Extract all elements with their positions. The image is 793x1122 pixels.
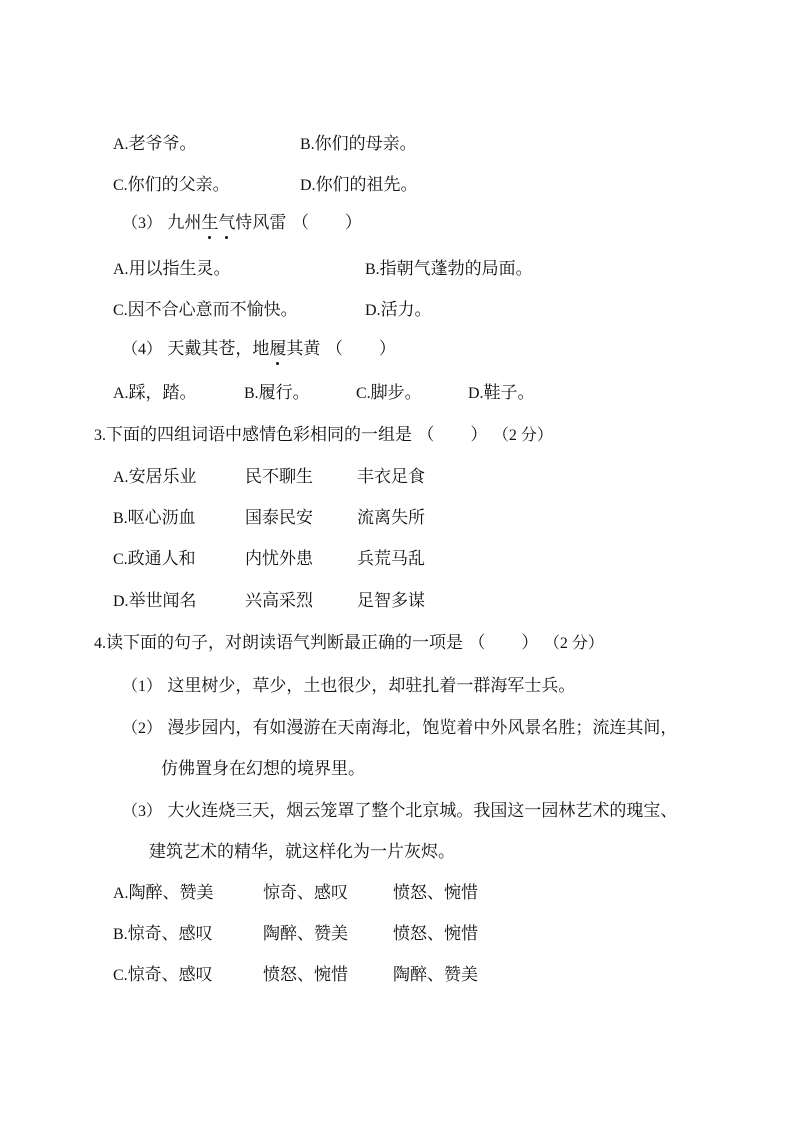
q3-option-b-word3: 流离失所 — [357, 507, 425, 529]
answer-blank: （） — [468, 632, 538, 654]
q2-sub3-option-a: A.用以指生灵。 — [113, 258, 231, 281]
q4-stem: 4.读下面的句子，对朗读语气判断最正确的一项是 （） （2 分） — [94, 632, 604, 655]
emphasis-dot-char: 生 — [201, 212, 218, 234]
q3-option-c-word2: 内忧外患 — [245, 548, 313, 570]
q2-sub4-stem: （4） 天戴其苍，地履其黄 （） — [122, 338, 396, 361]
q4-option-b-group3: 愤怒、惋惜 — [393, 923, 478, 945]
emphasis-dot-char: 气 — [218, 212, 235, 234]
q2-sub3-option-b: B.指朝气蓬勃的局面。 — [365, 258, 533, 281]
q4-sentence-2-cont: 仿佛置身在幻想的境界里。 — [161, 758, 365, 780]
q3-option-b-word2: 国泰民安 — [245, 507, 313, 529]
q2-sub3-option-c: C.因不合心意而不愉快。 — [113, 299, 298, 322]
q3-option-a: A.安居乐业 — [113, 466, 197, 489]
q4-option-a: A.陶醉、赞美 — [113, 882, 214, 905]
q2-sub4-option-c: C.脚步。 — [356, 382, 422, 405]
q2-sub2-option-a: A.老爷爷。 — [113, 133, 197, 156]
q3-option-c: C.政通人和 — [113, 548, 196, 571]
answer-blank: （） — [326, 338, 396, 360]
answer-blank: （） — [417, 424, 487, 446]
score-label: （2 分） — [544, 635, 604, 652]
q3-option-a-word3: 丰衣足食 — [357, 466, 425, 488]
q4-sentence-3-cont: 建筑艺术的精华，就这样化为一片灰烬。 — [149, 841, 455, 863]
q3-option-a-word2: 民不聊生 — [245, 466, 313, 488]
q3-option-d: D.举世闻名 — [113, 590, 197, 613]
q2-sub4-option-b: B.履行。 — [244, 382, 310, 405]
q3-option-d-word3: 足智多谋 — [357, 590, 425, 612]
q2-sub2-option-d: D.你们的祖先。 — [300, 174, 418, 197]
q4-option-a-group3: 愤怒、惋惜 — [393, 882, 478, 904]
q4-option-c-group3: 陶醉、赞美 — [393, 964, 478, 986]
score-label: （2 分） — [493, 427, 553, 444]
q4-option-b-group2: 陶醉、赞美 — [263, 923, 348, 945]
q3-stem: 3.下面的四组词语中感情色彩相同的一组是 （） （2 分） — [94, 424, 553, 447]
q4-sentence-1: （1） 这里树少，草少，土也很少，却驻扎着一群海军士兵。 — [122, 675, 575, 698]
q4-sentence-2: （2） 漫步园内，有如漫游在天南海北，饱览着中外风景名胜；流连其间， — [122, 717, 677, 740]
q4-option-b: B.惊奇、感叹 — [113, 923, 213, 946]
q2-sub4-option-a: A.踩，踏。 — [113, 382, 197, 405]
q4-option-c: C.惊奇、感叹 — [113, 964, 213, 987]
q3-option-c-word3: 兵荒马乱 — [357, 548, 425, 570]
q4-option-c-group2: 愤怒、惋惜 — [263, 964, 348, 986]
q2-sub3-option-d: D.活力。 — [365, 299, 432, 322]
q2-sub2-option-c: C.你们的父亲。 — [113, 174, 230, 197]
q4-sentence-3: （3） 大火连烧三天，烟云笼罩了整个北京城。我国这一园林艺术的瑰宝、 — [122, 800, 677, 823]
emphasis-dot-char: 履 — [269, 338, 286, 360]
q4-option-a-group2: 惊奇、感叹 — [263, 882, 348, 904]
q2-sub3-stem: （3） 九州生气恃风雷 （） — [122, 212, 362, 235]
q2-sub2-option-b: B.你们的母亲。 — [300, 133, 417, 156]
q3-option-b: B.呕心沥血 — [113, 507, 196, 530]
answer-blank: （） — [292, 212, 362, 234]
q2-sub4-option-d: D.鞋子。 — [468, 382, 535, 405]
q3-option-d-word2: 兴高采烈 — [245, 590, 313, 612]
